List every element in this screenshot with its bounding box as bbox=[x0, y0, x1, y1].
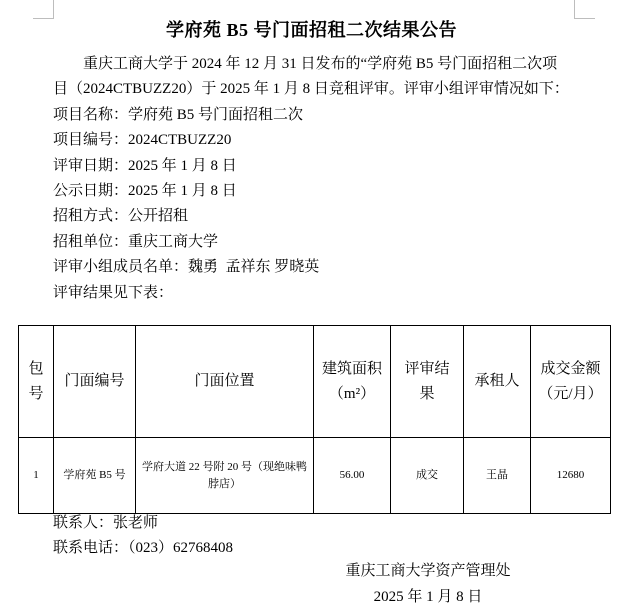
column-header-deal-amount: 成交金额（元/月） bbox=[531, 326, 611, 438]
info-line-table-note: 评审结果见下表： bbox=[53, 281, 572, 306]
announcement-page: 学府苑 B5 号门面招租二次结果公告 重庆工商大学于 2024 年 12 月 3… bbox=[0, 0, 617, 616]
cell-shop-number: 学府苑 B5 号 bbox=[54, 438, 136, 514]
info-line-review-panel: 评审小组成员名单：魏勇 孟祥东 罗晓英 bbox=[53, 255, 572, 280]
info-line-project-name: 项目名称：学府苑 B5 号门面招租二次 bbox=[53, 103, 572, 128]
column-header-shop-number: 门面编号 bbox=[54, 326, 136, 438]
cell-package-no: 1 bbox=[19, 438, 54, 514]
info-line-lease-method: 招租方式：公开招租 bbox=[53, 204, 572, 229]
info-line-publicity-date: 公示日期：2025 年 1 月 8 日 bbox=[53, 179, 572, 204]
page-title: 学府苑 B5 号门面招租二次结果公告 bbox=[53, 16, 570, 42]
table-row: 1 学府苑 B5 号 学府大道 22 号附 20 号（现绝味鸭脖店） 56.00… bbox=[19, 438, 611, 514]
signature-block: 重庆工商大学资产管理处 2025 年 1 月 8 日 bbox=[341, 558, 515, 610]
result-table: 包号 门面编号 门面位置 建筑面积（m²） 评审结果 承租人 成交金额（元/月）… bbox=[18, 325, 611, 514]
cell-building-area: 56.00 bbox=[314, 438, 391, 514]
column-header-package-no: 包号 bbox=[19, 326, 54, 438]
column-header-shop-location: 门面位置 bbox=[136, 326, 314, 438]
column-header-building-area: 建筑面积（m²） bbox=[314, 326, 391, 438]
contact-block: 联系人：张老师 联系电话：（023）62768408 bbox=[53, 511, 453, 562]
column-header-lessee: 承租人 bbox=[464, 326, 531, 438]
cell-lessee: 王晶 bbox=[464, 438, 531, 514]
info-line-review-date: 评审日期：2025 年 1 月 8 日 bbox=[53, 154, 572, 179]
column-header-review-result: 评审结果 bbox=[391, 326, 464, 438]
margin-crop-mark-top-left bbox=[33, 0, 54, 19]
signature-date: 2025 年 1 月 8 日 bbox=[341, 584, 515, 610]
table-header-row: 包号 门面编号 门面位置 建筑面积（m²） 评审结果 承租人 成交金额（元/月） bbox=[19, 326, 611, 438]
info-line-project-number: 项目编号：2024CTBUZZ20 bbox=[53, 128, 572, 153]
document-body: 重庆工商大学于 2024 年 12 月 31 日发布的“学府苑 B5 号门面招租… bbox=[53, 52, 572, 306]
signature-org: 重庆工商大学资产管理处 bbox=[341, 558, 515, 584]
margin-crop-mark-top-right bbox=[574, 0, 595, 19]
cell-deal-amount: 12680 bbox=[531, 438, 611, 514]
intro-paragraph: 重庆工商大学于 2024 年 12 月 31 日发布的“学府苑 B5 号门面招租… bbox=[53, 52, 572, 103]
cell-review-result: 成交 bbox=[391, 438, 464, 514]
contact-person: 联系人：张老师 bbox=[53, 511, 453, 536]
cell-shop-location: 学府大道 22 号附 20 号（现绝味鸭脖店） bbox=[136, 438, 314, 514]
info-line-lease-unit: 招租单位：重庆工商大学 bbox=[53, 230, 572, 255]
